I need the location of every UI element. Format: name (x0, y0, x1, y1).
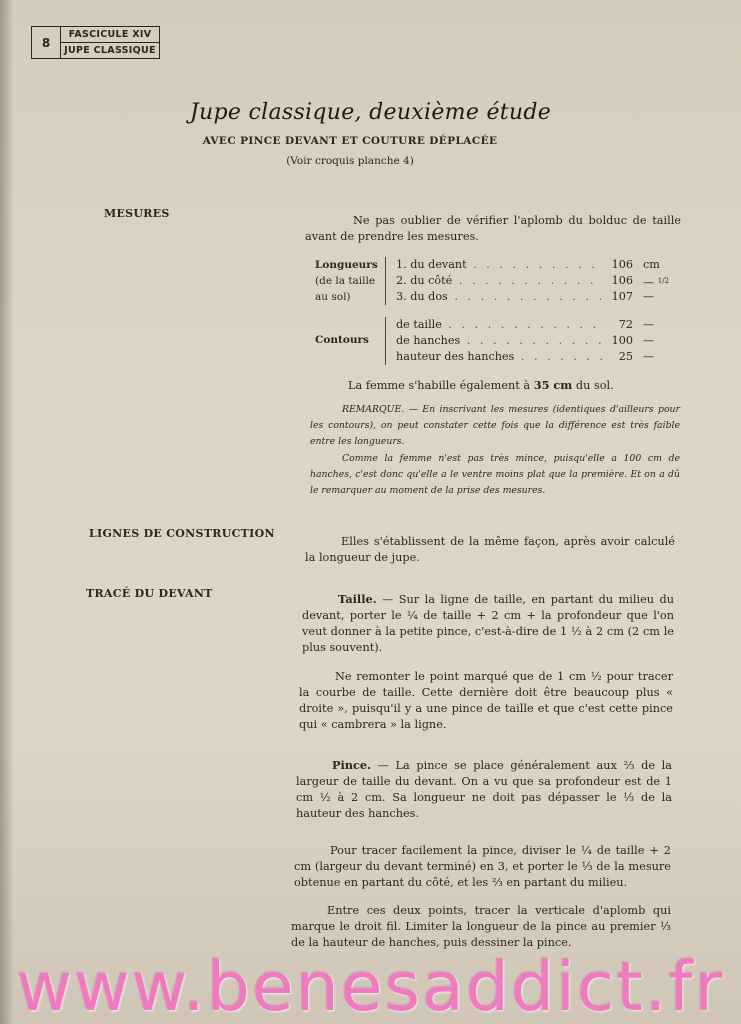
contours-table: Contours de taille . . . . . . . . . . .… (315, 317, 683, 365)
section-lignes-heading: LIGNES DE CONSTRUCTION (89, 527, 275, 540)
pince-term: Pince. (332, 758, 371, 772)
mesures-intro: Ne pas oublier de vérifier l'aplomb du b… (305, 213, 681, 245)
measure-row: 2. du côté . . . . . . . . . . . . . . .… (396, 273, 683, 289)
taille-term: Taille. (338, 592, 377, 606)
measure-row: 3. du dos . . . . . . . . . . . . . . . … (396, 289, 683, 305)
section-mesures-heading: MESURES (104, 207, 170, 220)
pince-paragraph: Pince. — La pince se place généralement … (296, 757, 672, 822)
section-trace-heading: TRACÉ DU DEVANT (86, 587, 213, 600)
entre-paragraph: Entre ces deux points, tracer la vertica… (291, 903, 671, 951)
measure-row: 1. du devant . . . . . . . . . . . . . .… (396, 257, 683, 273)
measure-row: de taille . . . . . . . . . . . . . . . … (396, 317, 683, 333)
lignes-text: Elles s'établissent de la même façon, ap… (305, 534, 675, 566)
comme-note: Comme la femme n'est pas très mince, pui… (310, 451, 680, 499)
page-header-box: 8 FASCICULE XIV JUPE CLASSIQUE (31, 26, 160, 59)
chapter-label: JUPE CLASSIQUE (61, 43, 159, 58)
watermark-url: www.benesaddict.fr (0, 948, 741, 1024)
habille-note: La femme s'habille également à 35 cm du … (348, 377, 668, 394)
page-subtitle: AVEC PINCE DEVANT ET COUTURE DÉPLACÉE (0, 135, 700, 147)
taille-paragraph: Taille. — Sur la ligne de taille, en par… (302, 591, 674, 656)
measure-row: de hanches . . . . . . . . . . . . . . .… (396, 333, 683, 349)
longueurs-heading: Longueurs (315, 259, 378, 271)
contours-heading: Contours (315, 334, 369, 346)
page-edge-shadow (0, 0, 14, 1024)
longueurs-table: Longueurs (de la taille au sol) 1. du de… (315, 257, 683, 305)
page-title: Jupe classique, deuxième étude (0, 100, 741, 125)
fascicule-label: FASCICULE XIV (61, 27, 159, 43)
remarque-note: REMARQUE. — En inscrivant les mesures (i… (310, 402, 680, 450)
tracer-paragraph: Pour tracer facilement la pince, diviser… (294, 843, 671, 891)
sketch-reference: (Voir croquis planche 4) (0, 155, 700, 167)
page-number: 8 (32, 27, 61, 58)
measure-row: hauteur des hanches . . . . . . . . . . … (396, 349, 683, 365)
remonter-paragraph: Ne remonter le point marqué que de 1 cm … (299, 669, 673, 733)
longueurs-subheading: (de la taille au sol) (315, 275, 375, 303)
